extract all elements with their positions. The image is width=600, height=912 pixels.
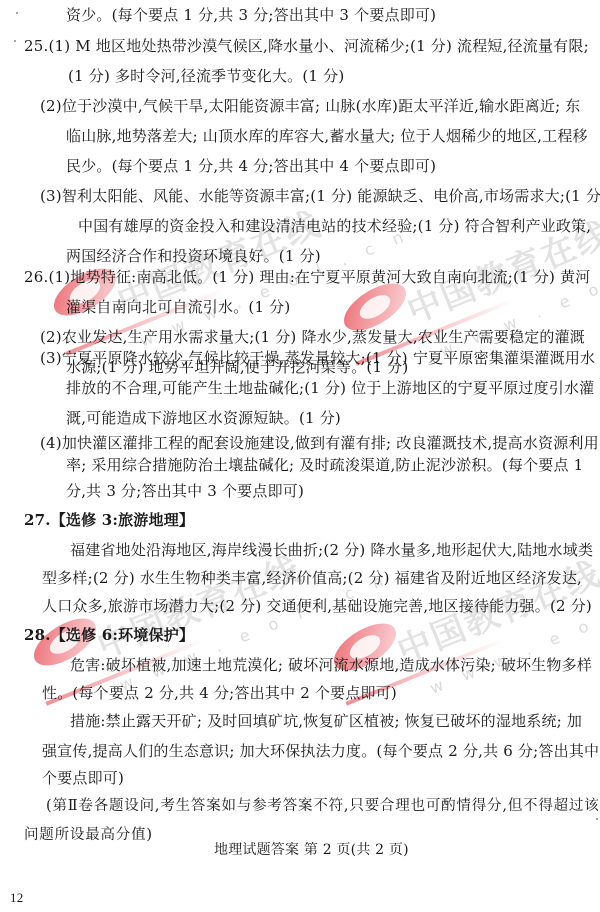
answer-line: (1 分) 多时令河,径流季节变化大。(1 分) (68, 66, 344, 86)
answer-line: 临山脉,地势落差大; 山顶水库的库容大,蓄水量大; 位于人烟稀少的地区,工程移 (66, 126, 588, 146)
answer-line: 强宣传,提高人们的生态意识; 加大环保执法力度。(每个要点 2 分,共 6 分;… (42, 741, 600, 761)
page-number: 12 (10, 888, 23, 908)
answer-line: 民少。(每个要点 1 分,共 4 分;答出其中 4 个要点即可) (66, 156, 436, 176)
answer-line: 溉,可能造成下游地区水资源短缺。(1 分) (66, 408, 341, 428)
answer-line: (3)宁夏平原降水较少,气候比较干燥,蒸发量较大;(1 分) 宁夏平原密集灌渠灌… (40, 348, 595, 368)
answer-heading-26: 26.(1)地势特征:南高北低。(1 分) 理由:在宁夏平原黄河大致自南向北流;… (24, 267, 590, 287)
answer-heading-28: 28.【选修 6:环境保护】 (24, 625, 194, 645)
answer-line: 措施:禁止露天开矿; 及时回填矿坑,恢复矿区植被; 恢复已破坏的湿地系统; 加 (70, 711, 582, 731)
answer-line: 两国经济合作和投资环境良好。(1 分) (66, 246, 321, 266)
answer-line: 福建省地处沿海地区,海岸线漫长曲折;(2 分) 降水量多,地形起伏大,陆地水域类 (70, 540, 593, 560)
answer-line: (2)位于沙漠中,气候干旱,太阳能资源丰富; 山脉(水库)距太平洋近,输水距离近… (40, 96, 581, 116)
answer-line: 型多样;(2 分) 水生生物种类丰富,经济价值高;(2 分) 福建省及附近地区经… (42, 568, 582, 588)
answer-line: 资少。(每个要点 1 分,共 3 分;答出其中 3 个要点即可) (66, 5, 436, 25)
answer-line: (4)加快灌区灌排工程的配套设施建设,做到有灌有排; 改良灌溉技术,提高水资源利… (40, 433, 599, 453)
answer-line: 排放的不合理,可能产生土地盐碱化;(1 分) 位于上游地区的宁夏平原过度引水灌 (66, 378, 594, 398)
answer-key-page: 中国教育在线 w w w . e o l . c n 中国教育在线 w w w … (0, 0, 600, 912)
answer-line: 率; 采用综合措施防治土壤盐碱化; 及时疏浚渠道,防止泥沙淤积。(每个要点 1 (66, 455, 583, 475)
answer-line: (3)智利太阳能、风能、水能等资源丰富;(1 分) 能源缺乏、电价高,市场需求大… (40, 186, 600, 206)
grading-note: 问题所设最高分值) (24, 825, 153, 845)
answer-line: 危害:破坏植被,加速土地荒漠化; 破坏河流水源地,造成水体污染; 破坏生物多样 (70, 655, 592, 675)
answer-line: 分,共 3 分;答出其中 3 个要点即可) (66, 481, 304, 501)
answer-line: (2)农业发达,生产用水需求量大;(1 分) 降水少,蒸发量大,农业生产需要稳定… (40, 327, 585, 347)
answer-line: 中国有雄厚的资金投入和建设清洁电站的技术经验;(1 分) 符合智利产业政策, (78, 216, 591, 236)
answer-heading-27: 27.【选修 3:旅游地理】 (24, 510, 194, 530)
page-footer: 地理试题答案 第 2 页(共 2 页) (214, 840, 409, 860)
grading-note: (第Ⅱ卷各题设问,考生答案如与参考答案不符,只要合理也可酌情得分,但不得超过该 (46, 796, 600, 816)
answer-line: 灌渠自南向北可自流引水。(1 分) (66, 297, 290, 317)
answer-line: 性。(每个要点 2 分,共 4 分;答出其中 2 个要点即可) (42, 683, 397, 703)
answer-line: 人口众多,旅游市场潜力大;(2 分) 交通便利,基础设施完善,地区接待能力强。(… (42, 596, 592, 616)
answer-line: 个要点即可) (42, 768, 124, 788)
answer-heading-25: 25.(1) M 地区地处热带沙漠气候区,降水量小、河流稀少;(1 分) 流程短… (24, 36, 589, 56)
